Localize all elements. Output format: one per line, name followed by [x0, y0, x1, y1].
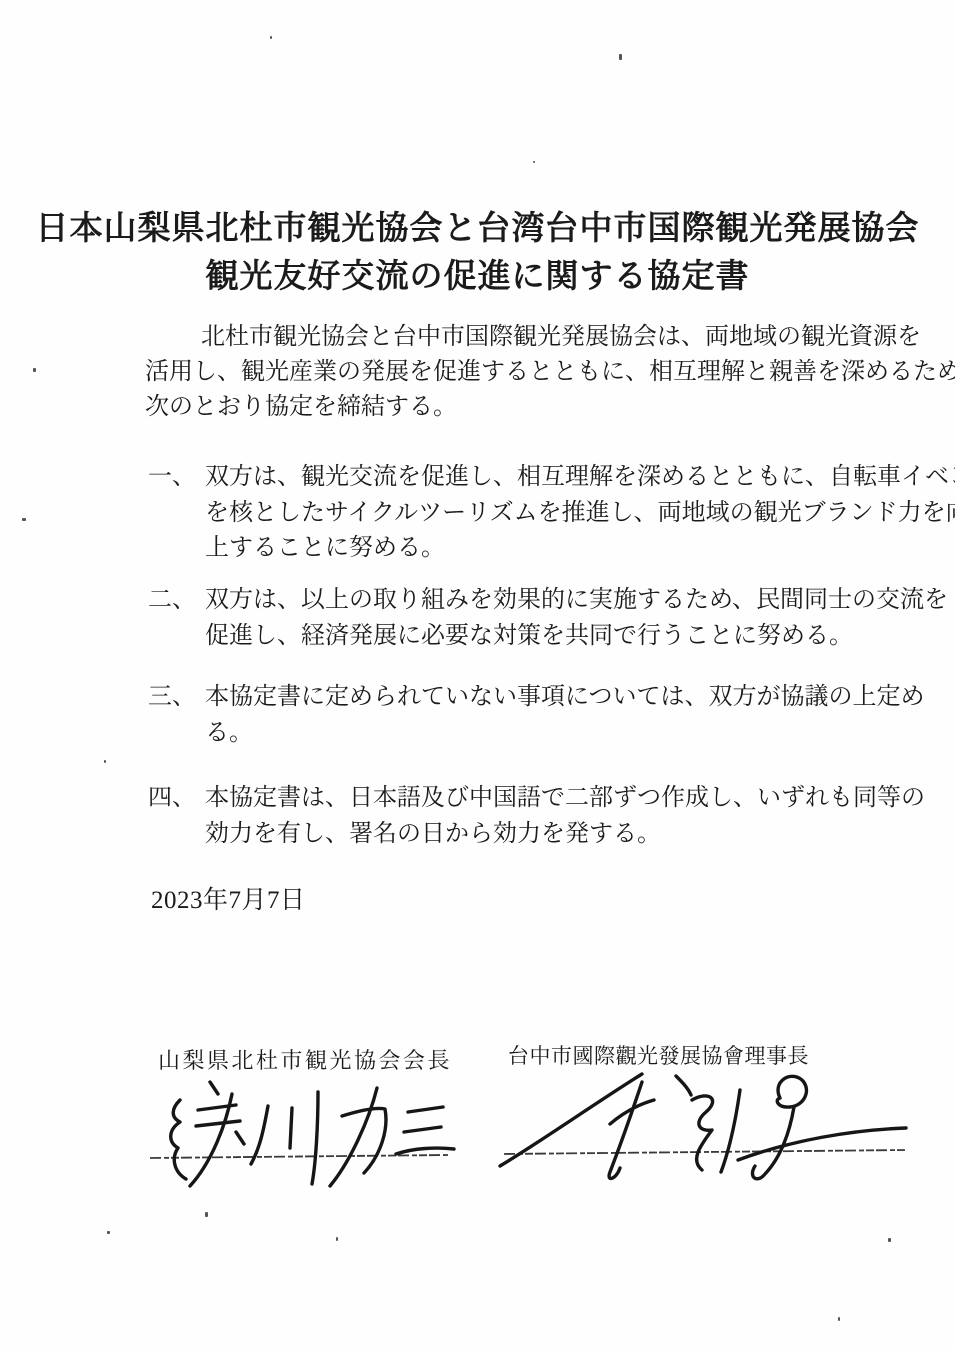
- signature-handwriting-yang: [492, 1062, 916, 1194]
- preamble-line: 次のとおり協定を締結する。: [145, 390, 955, 425]
- scan-speck: [205, 1212, 208, 1217]
- article-line: 本協定書に定められていない事項については、双方が協議の上定め: [205, 680, 925, 716]
- article-item-4: 四、 本協定書は、日本語及び中国語で二部ずつ作成し、いずれも同等の 効力を有し、…: [148, 781, 925, 852]
- article-number: 二、: [148, 583, 205, 619]
- signature-line: [504, 1150, 906, 1154]
- signature-handwriting-asakawa: [146, 1076, 458, 1194]
- article-line: 双方は、観光交流を促進し、相互理解を深めるとともに、自転車イベント: [205, 460, 955, 496]
- article-text: 本協定書に定められていない事項については、双方が協議の上定め る。: [205, 680, 925, 751]
- document-title-line2: 観光友好交流の促進に関する協定書: [206, 259, 750, 295]
- article-line: 本協定書は、日本語及び中国語で二部ずつ作成し、いずれも同等の: [205, 781, 925, 817]
- article-line: 上することに努める。: [205, 531, 955, 567]
- signature-line: [150, 1155, 448, 1158]
- scan-speck: [336, 1237, 338, 1241]
- preamble-line: 北杜市観光協会と台中市国際観光発展協会は、両地域の観光資源を: [145, 320, 955, 355]
- article-number: 三、: [148, 680, 205, 716]
- article-text: 本協定書は、日本語及び中国語で二部ずつ作成し、いずれも同等の 効力を有し、署名の…: [205, 781, 925, 852]
- article-number: 一、: [148, 460, 205, 496]
- article-number: 四、: [148, 781, 205, 817]
- scan-speck: [619, 54, 622, 60]
- article-line: 効力を有し、署名の日から効力を発する。: [205, 817, 925, 853]
- signer-title-hokuto: 山梨県北杜市観光協会会長: [158, 1044, 452, 1075]
- article-line: 双方は、以上の取り組みを効果的に実施するため、民間同士の交流を: [205, 583, 948, 619]
- scan-speck: [888, 1238, 891, 1242]
- article-line: る。: [205, 716, 925, 752]
- scan-speck: [107, 1231, 110, 1234]
- article-line: を核としたサイクルツーリズムを推進し、両地域の観光ブランド力を向: [205, 496, 955, 532]
- document-date: 2023年7月7日: [151, 880, 306, 916]
- preamble-line: 活用し、観光産業の発展を促進するとともに、相互理解と親善を深めるため、: [145, 355, 955, 390]
- scan-speck: [270, 36, 272, 39]
- article-item-1: 一、 双方は、観光交流を促進し、相互理解を深めるとともに、自転車イベント を核と…: [148, 460, 955, 567]
- article-item-3: 三、 本協定書に定められていない事項については、双方が協議の上定め る。: [148, 680, 925, 751]
- scan-speck: [22, 518, 26, 521]
- article-text: 双方は、観光交流を促進し、相互理解を深めるとともに、自転車イベント を核としたサ…: [205, 460, 955, 567]
- preamble-paragraph: 北杜市観光協会と台中市国際観光発展協会は、両地域の観光資源を 活用し、観光産業の…: [145, 320, 955, 425]
- document-title-line1: 日本山梨県北杜市観光協会と台湾台中市国際観光発展協会: [36, 211, 920, 247]
- article-text: 双方は、以上の取り組みを効果的に実施するため、民間同士の交流を 促進し、経済発展…: [205, 583, 948, 654]
- article-item-2: 二、 双方は、以上の取り組みを効果的に実施するため、民間同士の交流を 促進し、経…: [148, 583, 948, 654]
- scan-speck: [104, 760, 106, 763]
- document-title: 日本山梨県北杜市観光協会と台湾台中市国際観光発展協会 観光友好交流の促進に関する…: [0, 205, 955, 301]
- scan-speck: [33, 368, 36, 372]
- scan-speck: [838, 1317, 840, 1321]
- article-line: 促進し、経済発展に必要な対策を共同で行うことに努める。: [205, 619, 948, 655]
- scan-speck: [533, 161, 535, 163]
- scanned-agreement-page: 日本山梨県北杜市観光協会と台湾台中市国際観光発展協会 観光友好交流の促進に関する…: [0, 0, 955, 1350]
